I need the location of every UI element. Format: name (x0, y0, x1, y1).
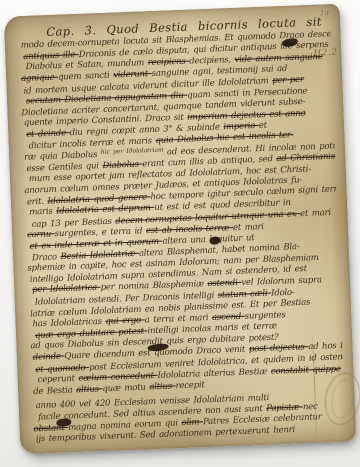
photograph-background: 1a H2.2 Cap. 3. Quod Bestia bicornis loc… (0, 0, 360, 467)
struck-text: deinde (33, 352, 65, 363)
struck-text: altius (76, 384, 103, 395)
handwritten-text: decipiens, (189, 55, 235, 67)
handwritten-text: quem sancti (58, 71, 114, 83)
struck-text: per Idololatrica (32, 283, 101, 295)
handwritten-text: Cap. 3. (46, 23, 107, 39)
struck-text: per per (272, 74, 304, 85)
struck-text: cornu (27, 229, 55, 240)
struck-text: altius (149, 381, 176, 392)
handwritten-text: de Bestia (33, 385, 76, 397)
handwritten-text: surgentes (245, 310, 286, 321)
handwritten-text: maris (29, 207, 56, 218)
handwritten-text: has Idololatricas (32, 317, 105, 330)
handwritten-text: Idolo- (271, 287, 295, 298)
handwritten-text: recepit (175, 380, 204, 391)
struck-text: viderunt (113, 69, 152, 80)
struck-text: post dejectus (249, 343, 309, 355)
handwritten-text: et (259, 121, 267, 131)
manuscript-text: Cap. 3. Quod Bestia bicornis locuta sit … (18, 12, 346, 448)
handwritten-text: ceperunt (38, 373, 79, 384)
struck-text: statum cæli (218, 288, 272, 300)
struck-text: agnique (21, 73, 58, 84)
handwritten-text: quæ motu (102, 382, 149, 394)
struck-text: qui ergo (105, 315, 145, 326)
handwritten-text: et mari (300, 207, 331, 218)
struck-text: ad Christianis- (276, 151, 337, 163)
handwritten-text: et mari (233, 222, 264, 233)
struck-text: recipiens (148, 57, 190, 68)
manuscript-page: 1a H2.2 Cap. 3. Quod Bestia bicornis loc… (4, 4, 357, 455)
handwritten-text: ræ quia Diabolus (24, 149, 101, 162)
struck-text: olim (181, 418, 203, 429)
struck-text: Diabolus (102, 159, 142, 171)
struck-text: ostendi (207, 278, 241, 289)
struck-text: et deinde (26, 128, 70, 140)
struck-text: ascend (212, 312, 245, 323)
